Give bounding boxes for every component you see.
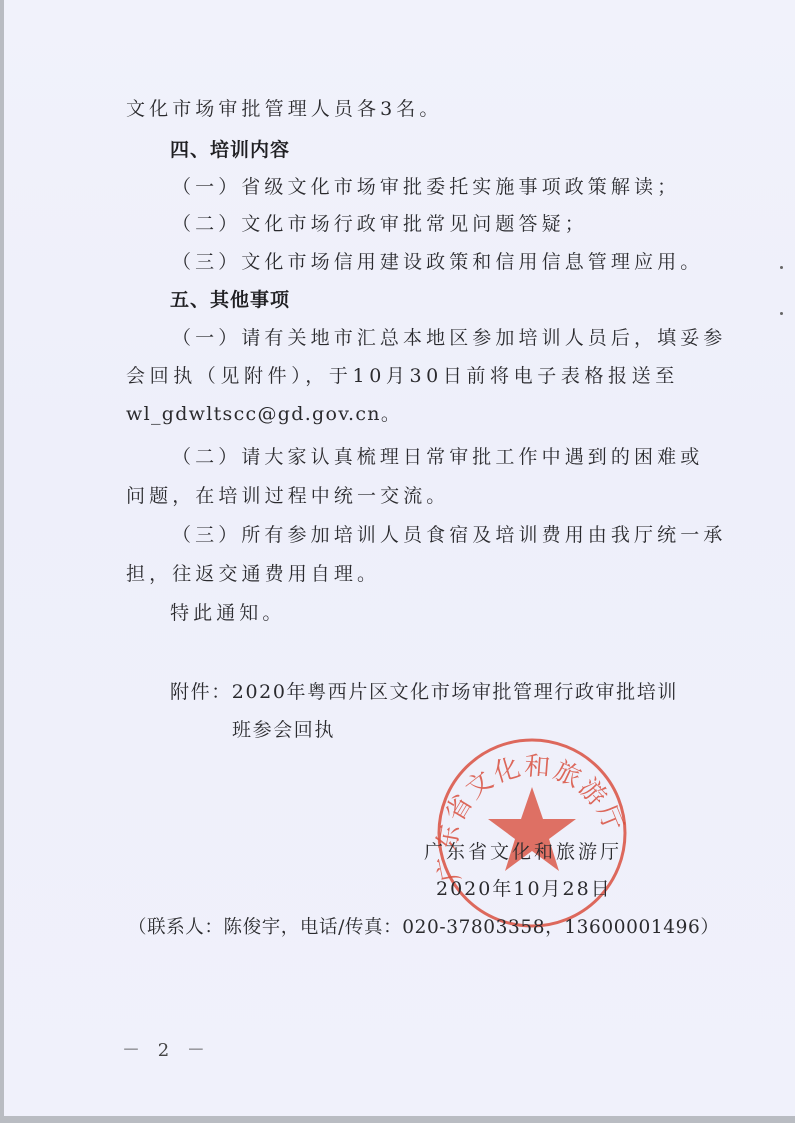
document-page: 文化市场审批管理人员各3名。 四、培训内容 （一）省级文化市场审批委托实施事项政… xyxy=(4,0,795,1116)
body-text-quota: 文化市场审批管理人员各3名。 xyxy=(126,97,443,121)
list-item-other-1-line1: （一）请有关地市汇总本地区参加培训人员后，填妥参 xyxy=(172,326,726,350)
section-heading-other-matters: 五、其他事项 xyxy=(170,288,290,312)
list-item-other-2-line1: （二）请大家认真梳理日常审批工作中遇到的困难或 xyxy=(172,445,703,469)
list-item-other-2-line2: 问题，在培训过程中统一交流。 xyxy=(126,484,449,508)
attachment-line-2: 班参会回执 xyxy=(232,718,335,742)
issuer-name: 广东省文化和旅游厅 xyxy=(424,840,622,864)
contact-info: （联系人：陈俊宇，电话/传真：020-37803358，13600001496） xyxy=(128,916,719,940)
list-item-content-1: （一）省级文化市场审批委托实施事项政策解读； xyxy=(172,175,680,199)
list-item-content-2: （二）文化市场行政审批常见问题答疑； xyxy=(172,212,588,236)
section-heading-training-content: 四、培训内容 xyxy=(170,138,290,162)
page-number: － 2 － xyxy=(122,1036,211,1062)
list-item-other-1-line2: 会回执（见附件），于10月30日前将电子表格报送至 xyxy=(126,364,679,388)
scan-mark xyxy=(780,266,783,269)
attachment-line-1: 附件：2020年粤西片区文化市场审批管理行政审批培训 xyxy=(170,680,678,704)
issue-date: 2020年10月28日 xyxy=(436,877,612,901)
closing-notice: 特此通知。 xyxy=(170,601,286,625)
list-item-other-3-line1: （三）所有参加培训人员食宿及培训费用由我厅统一承 xyxy=(172,523,726,547)
list-item-content-3: （三）文化市场信用建设政策和信用信息管理应用。 xyxy=(172,250,703,274)
svg-text:广东省文化和旅游厅: 广东省文化和旅游厅 xyxy=(434,751,629,884)
scan-mark xyxy=(780,312,783,315)
email-address: wl_gdwltscc@gd.gov.cn。 xyxy=(126,402,401,426)
list-item-other-3-line2: 担，往返交通费用自理。 xyxy=(126,562,380,586)
official-seal-icon: 广东省文化和旅游厅 xyxy=(434,735,630,931)
